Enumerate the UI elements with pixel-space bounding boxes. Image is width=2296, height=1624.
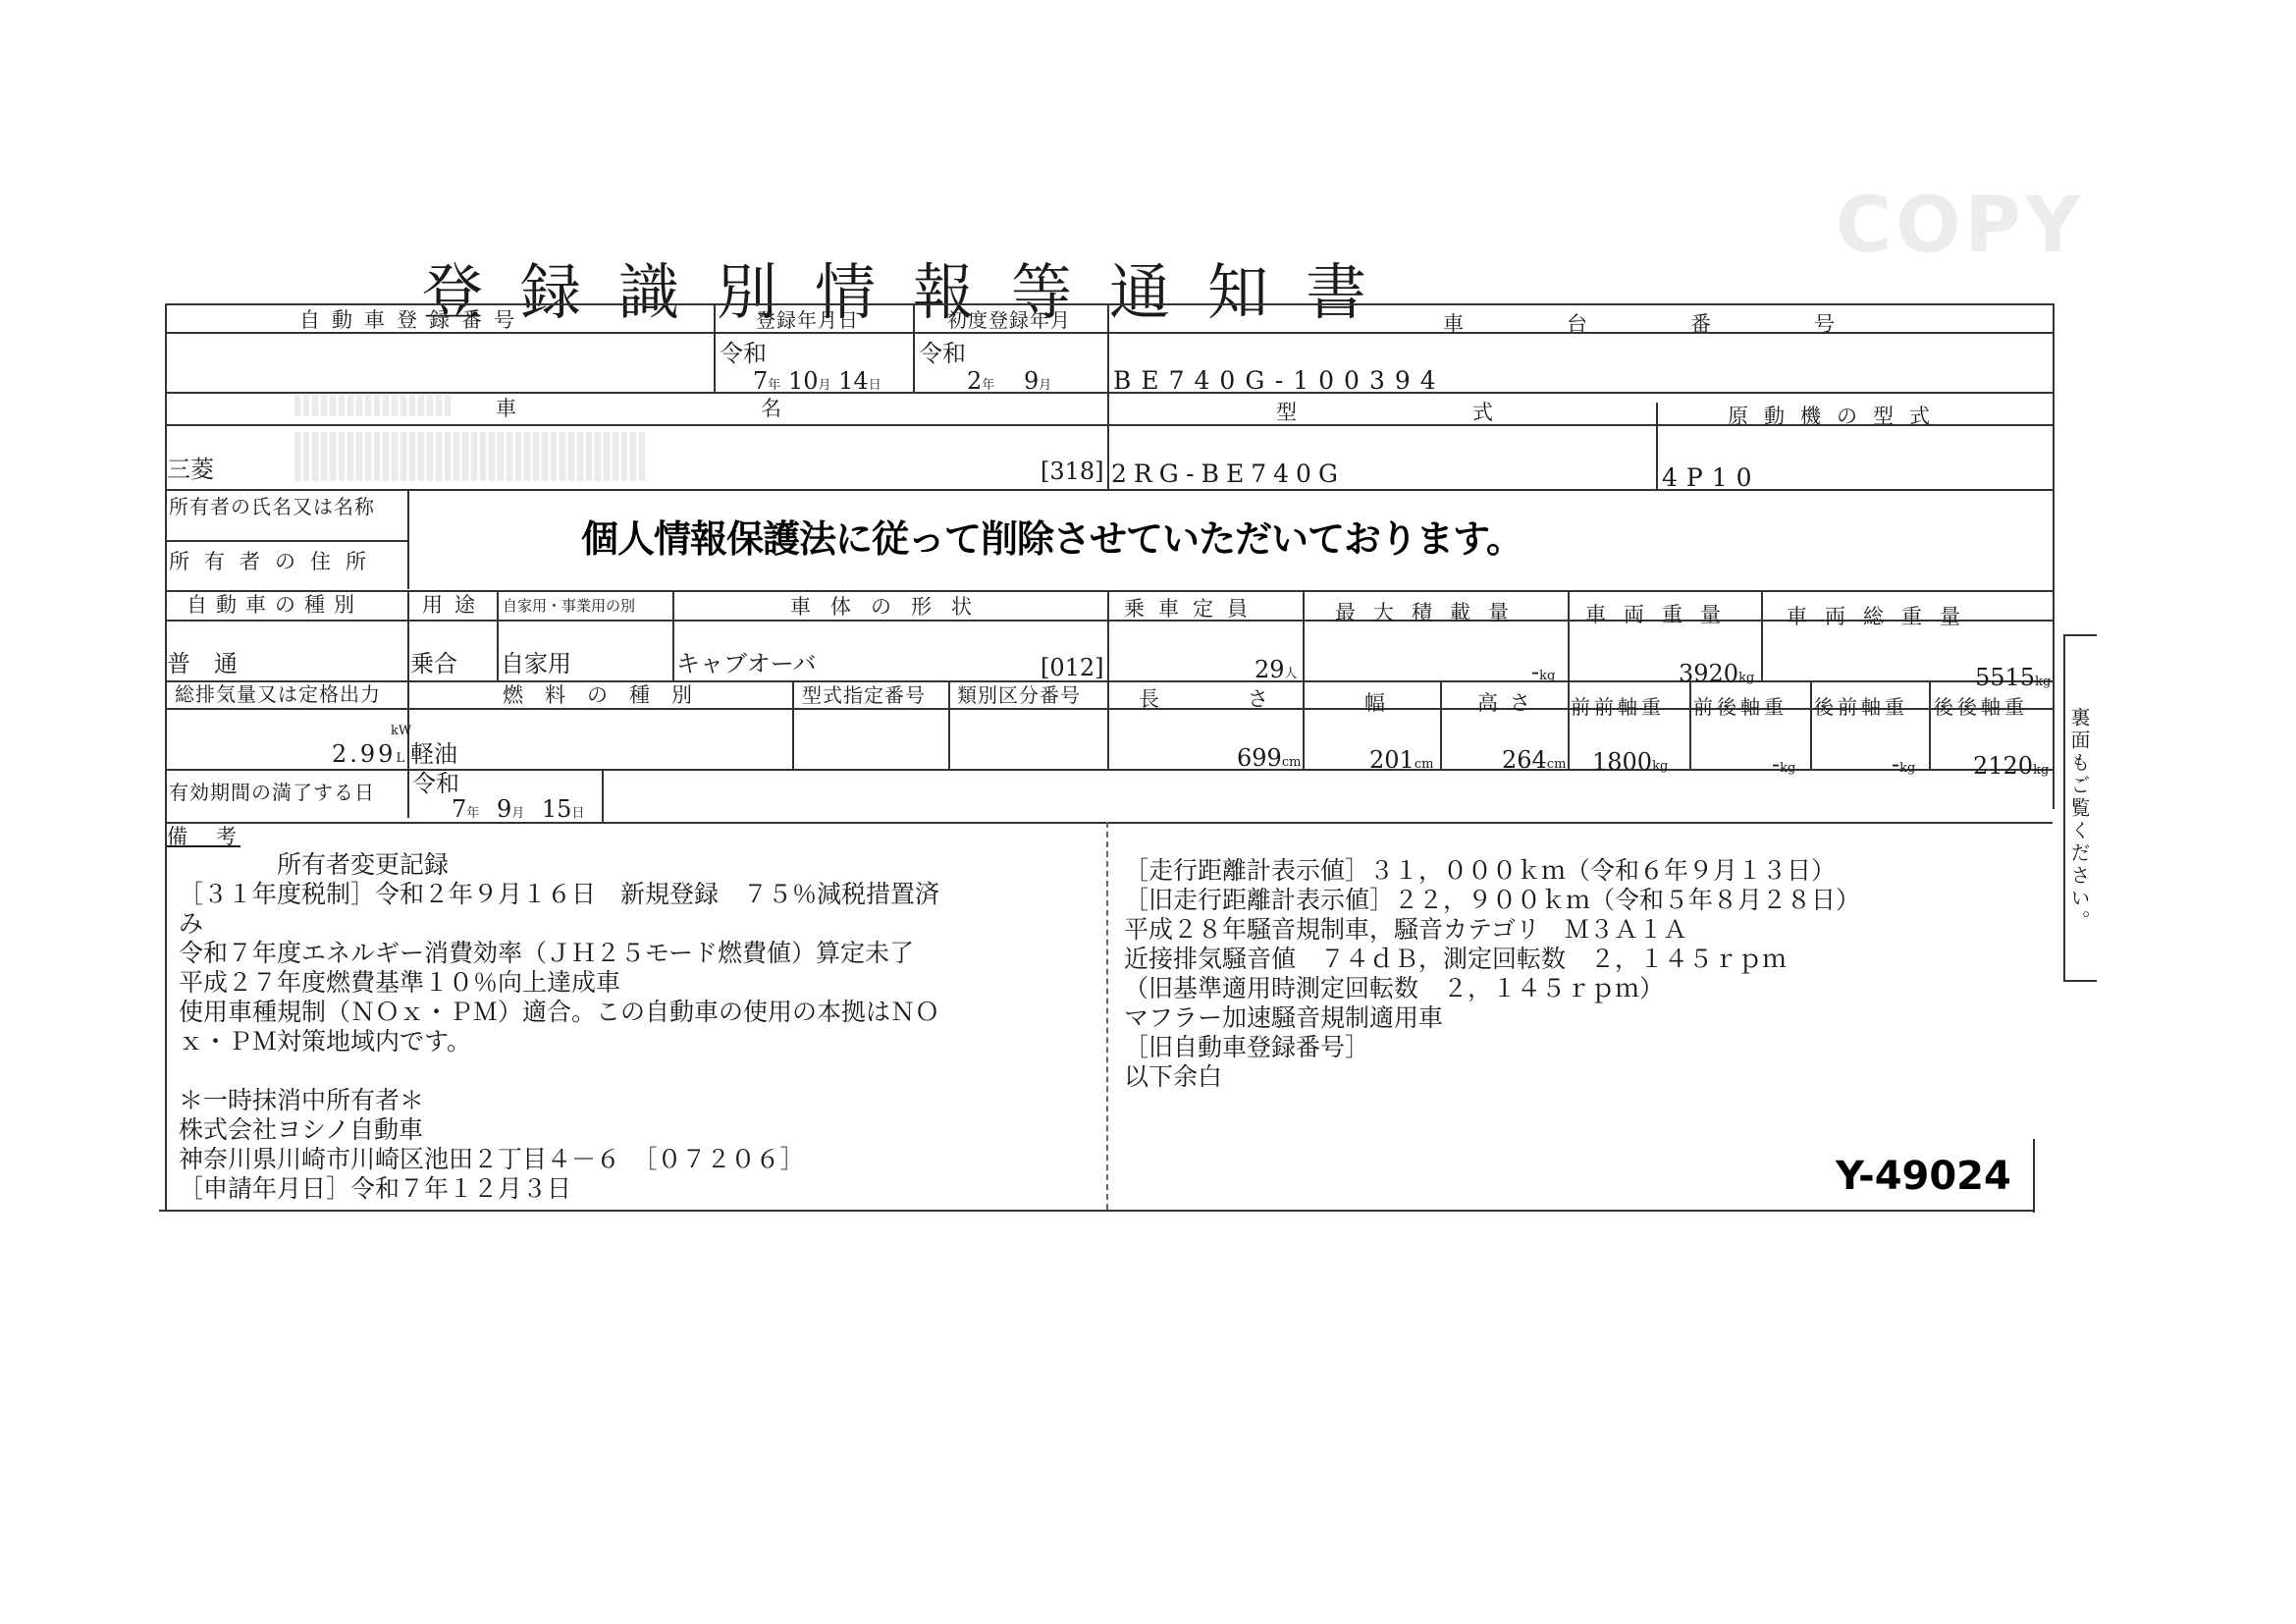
header-first-registration: 初度登録年月 xyxy=(947,310,1071,330)
length-value: 699cm xyxy=(1237,746,1301,770)
remarks-left: 所有者変更記録［３１年度税制］令和２年９月１６日 新規登録 ７５％減税措置済み令… xyxy=(179,850,939,1204)
registration-date: 7年 10月 14日 xyxy=(753,369,881,393)
remarks-line: 使用車種規制（ＮＯｘ・ＰＭ）適合。この自動車の使用の本拠はＮＯ xyxy=(179,998,939,1027)
header-engine-model: 原動機の型式 xyxy=(1728,406,1946,427)
header-height: 高さ xyxy=(1477,693,1542,714)
header-owner-address: 所有者の住所 xyxy=(169,552,381,572)
header-owner-name: 所有者の氏名又は名称 xyxy=(169,497,375,516)
copy-watermark: COPY xyxy=(1836,182,2084,270)
header-type-designation: 型式指定番号 xyxy=(802,685,926,705)
remarks-line: 近接排気騒音値 ７４ｄＢ，測定回転数 ２，１４５ｒｐｍ xyxy=(1124,945,1860,974)
redacted-area xyxy=(294,395,452,416)
header-vehicle-name-2: 名 xyxy=(761,399,793,419)
vehicle-name-code: [318] xyxy=(1041,460,1104,483)
usage-value: 乗合 xyxy=(410,652,457,676)
header-remarks: 備 考 xyxy=(167,827,240,847)
header-capacity: 乗車定員 xyxy=(1124,599,1261,620)
privacy-notice: 個人情報保護法に従って削除させていただいております。 xyxy=(581,520,1522,558)
header-ff-axle: 前前軸重 xyxy=(1571,697,1665,717)
body-shape-code: [012] xyxy=(1041,656,1104,679)
remarks-line: 神奈川県川崎市川崎区池田２丁目４－６ ［０７２０６］ xyxy=(179,1145,939,1174)
fuel-type-value: 軽油 xyxy=(410,742,457,766)
header-chassis-number: 車台番号 xyxy=(1443,314,1938,335)
remarks-line: ［旧自動車登録番号］ xyxy=(1124,1033,1860,1062)
ff-axle-value: 1800kg xyxy=(1592,750,1668,774)
header-expiry: 有効期間の満了する日 xyxy=(169,783,375,802)
displacement-unit-kw: kW xyxy=(391,725,411,737)
reference-number: Y-49024 xyxy=(1836,1157,2011,1196)
header-max-load: 最大積載量 xyxy=(1335,603,1526,623)
header-rf-axle: 後前軸重 xyxy=(1814,697,1908,717)
model-value: 2RG-BE740G xyxy=(1111,461,1345,486)
remarks-line: ［申請年月日］令和７年１２月３日 xyxy=(179,1174,939,1204)
engine-model-value: 4P10 xyxy=(1662,465,1761,490)
private-business-value: 自家用 xyxy=(501,652,571,676)
rf-axle-value: -kg xyxy=(1892,752,1915,776)
remarks-line xyxy=(179,1056,939,1086)
remarks-line: ［３１年度税制］令和２年９月１６日 新規登録 ７５％減税措置済 xyxy=(179,880,939,909)
gross-weight-value: 5515kg xyxy=(1975,666,2051,689)
side-note: 裏面もご覧ください。 xyxy=(2069,707,2089,933)
remarks-line: マフラー加速騒音規制適用車 xyxy=(1124,1003,1860,1033)
remarks-line: 平成２７年度燃費基準１０％向上達成車 xyxy=(179,968,939,998)
maker-value: 三菱 xyxy=(167,458,214,481)
remarks-line: み xyxy=(179,909,939,939)
header-category-number: 類別区分番号 xyxy=(957,685,1081,705)
remarks-line: ＊一時抹消中所有者＊ xyxy=(179,1086,939,1115)
remarks-line: 令和７年度エネルギー消費効率（ＪＨ２５モード燃費値）算定未了 xyxy=(179,939,939,968)
displacement-value: 2.99L xyxy=(332,742,407,766)
header-vehicle-type: 自動車の種別 xyxy=(187,595,363,616)
expiry-date: 7年 9月 15日 xyxy=(452,797,584,821)
vehicle-type-value: 普 通 xyxy=(167,652,238,676)
header-vehicle-weight: 車両重量 xyxy=(1585,605,1738,625)
header-registration-date: 登録年月日 xyxy=(756,310,859,330)
remarks-line: ［旧走行距離計表示値］２２，９００ｋｍ（令和５年８月２８日） xyxy=(1124,886,1860,915)
expiry-era: 令和 xyxy=(412,772,459,795)
height-value: 264cm xyxy=(1502,748,1566,772)
remarks-line: （旧基準適用時測定回転数 ２，１４５ｒｐｍ） xyxy=(1124,974,1860,1003)
remarks-line: 所有者変更記録 xyxy=(179,850,939,880)
header-private-business: 自家用・事業用の別 xyxy=(503,599,635,614)
header-vehicle-name-1: 車 xyxy=(496,399,528,419)
header-length: 長さ xyxy=(1139,689,1357,710)
vehicle-weight-value: 3920kg xyxy=(1679,662,1754,685)
header-gross-weight: 車両総重量 xyxy=(1787,607,1978,627)
capacity-value: 29人 xyxy=(1255,658,1298,681)
remarks-line: 平成２８年騒音規制車，騒音カテゴリ Ｍ３Ａ１Ａ xyxy=(1124,915,1860,945)
header-registration-number: 自動車登録番号 xyxy=(299,310,526,331)
remarks-line: 以下余白 xyxy=(1124,1062,1860,1092)
header-model-1: 型 xyxy=(1276,403,1308,423)
header-body-shape: 車体の形状 xyxy=(790,597,991,618)
remarks-line: 株式会社ヨシノ自動車 xyxy=(179,1115,939,1145)
remarks-line: ［走行距離計表示値］３１，０００ｋｍ（令和６年９月１３日） xyxy=(1124,856,1860,886)
chassis-number-value: BE740G-100394 xyxy=(1113,368,1446,393)
first-registration-era: 令和 xyxy=(919,342,966,365)
header-usage: 用途 xyxy=(422,595,487,616)
max-load-value: -kg xyxy=(1531,660,1555,683)
redacted-area xyxy=(294,432,648,481)
body-shape-value: キャブオーバ xyxy=(676,652,817,676)
remarks-line: ｘ・ＰＭ対策地域内です。 xyxy=(179,1027,939,1056)
header-model-2: 式 xyxy=(1472,403,1505,423)
registration-date-era: 令和 xyxy=(720,342,767,365)
fr-axle-value: -kg xyxy=(1772,752,1795,776)
header-fr-axle: 前後軸重 xyxy=(1693,697,1788,717)
header-rr-axle: 後後軸重 xyxy=(1934,697,2028,717)
rr-axle-value: 2120kg xyxy=(1973,754,2049,778)
header-displacement: 総排気量又は定格出力 xyxy=(175,684,381,704)
remarks-right: ［走行距離計表示値］３１，０００ｋｍ（令和６年９月１３日）［旧走行距離計表示値］… xyxy=(1124,856,1860,1092)
header-width: 幅 xyxy=(1364,693,1397,714)
header-fuel-type: 燃料の種別 xyxy=(503,685,714,706)
width-value: 201cm xyxy=(1369,748,1433,772)
first-registration-date: 2年 9月 xyxy=(967,369,1051,393)
